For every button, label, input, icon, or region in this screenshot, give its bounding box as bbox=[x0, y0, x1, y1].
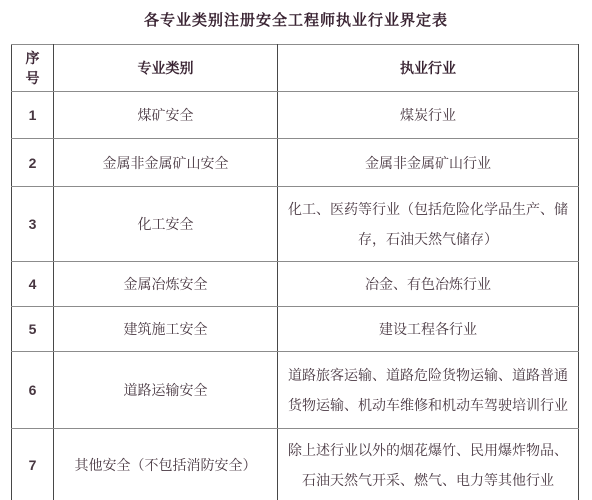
row-no: 6 bbox=[12, 352, 54, 429]
header-no: 序号 bbox=[12, 45, 54, 92]
table-row: 3 化工安全 化工、医药等行业（包括危险化学品生产、储存，石油天然气储存） bbox=[12, 187, 579, 262]
table-row: 1 煤矿安全 煤炭行业 bbox=[12, 92, 579, 139]
table-row: 7 其他安全（不包括消防安全） 除上述行业以外的烟花爆竹、民用爆炸物品、石油天然… bbox=[12, 429, 579, 500]
table-row: 5 建筑施工安全 建设工程各行业 bbox=[12, 307, 579, 352]
industry-definition-table: 序号 专业类别 执业行业 1 煤矿安全 煤炭行业 2 金属非金属矿山安全 金属非… bbox=[11, 44, 579, 500]
row-industry: 煤炭行业 bbox=[278, 92, 579, 139]
row-industry: 建设工程各行业 bbox=[278, 307, 579, 352]
row-category: 煤矿安全 bbox=[54, 92, 278, 139]
row-no: 7 bbox=[12, 429, 54, 500]
row-industry: 化工、医药等行业（包括危险化学品生产、储存，石油天然气储存） bbox=[278, 187, 579, 262]
table-row: 4 金属冶炼安全 冶金、有色冶炼行业 bbox=[12, 262, 579, 307]
row-category: 金属非金属矿山安全 bbox=[54, 139, 278, 187]
table-row: 6 道路运输安全 道路旅客运输、道路危险货物运输、道路普通货物运输、机动车维修和… bbox=[12, 352, 579, 429]
page-title: 各专业类别注册安全工程师执业行业界定表 bbox=[0, 0, 592, 30]
row-industry: 冶金、有色冶炼行业 bbox=[278, 262, 579, 307]
row-category: 金属冶炼安全 bbox=[54, 262, 278, 307]
header-industry: 执业行业 bbox=[278, 45, 579, 92]
row-no: 5 bbox=[12, 307, 54, 352]
header-category: 专业类别 bbox=[54, 45, 278, 92]
row-no: 3 bbox=[12, 187, 54, 262]
row-industry: 道路旅客运输、道路危险货物运输、道路普通货物运输、机动车维修和机动车驾驶培训行业 bbox=[278, 352, 579, 429]
row-industry: 金属非金属矿山行业 bbox=[278, 139, 579, 187]
row-industry: 除上述行业以外的烟花爆竹、民用爆炸物品、石油天然气开采、燃气、电力等其他行业 bbox=[278, 429, 579, 500]
row-category: 道路运输安全 bbox=[54, 352, 278, 429]
table-row: 2 金属非金属矿山安全 金属非金属矿山行业 bbox=[12, 139, 579, 187]
table-header-row: 序号 专业类别 执业行业 bbox=[12, 45, 579, 92]
row-no: 2 bbox=[12, 139, 54, 187]
row-no: 1 bbox=[12, 92, 54, 139]
row-no: 4 bbox=[12, 262, 54, 307]
row-category: 化工安全 bbox=[54, 187, 278, 262]
row-category: 其他安全（不包括消防安全） bbox=[54, 429, 278, 500]
row-category: 建筑施工安全 bbox=[54, 307, 278, 352]
